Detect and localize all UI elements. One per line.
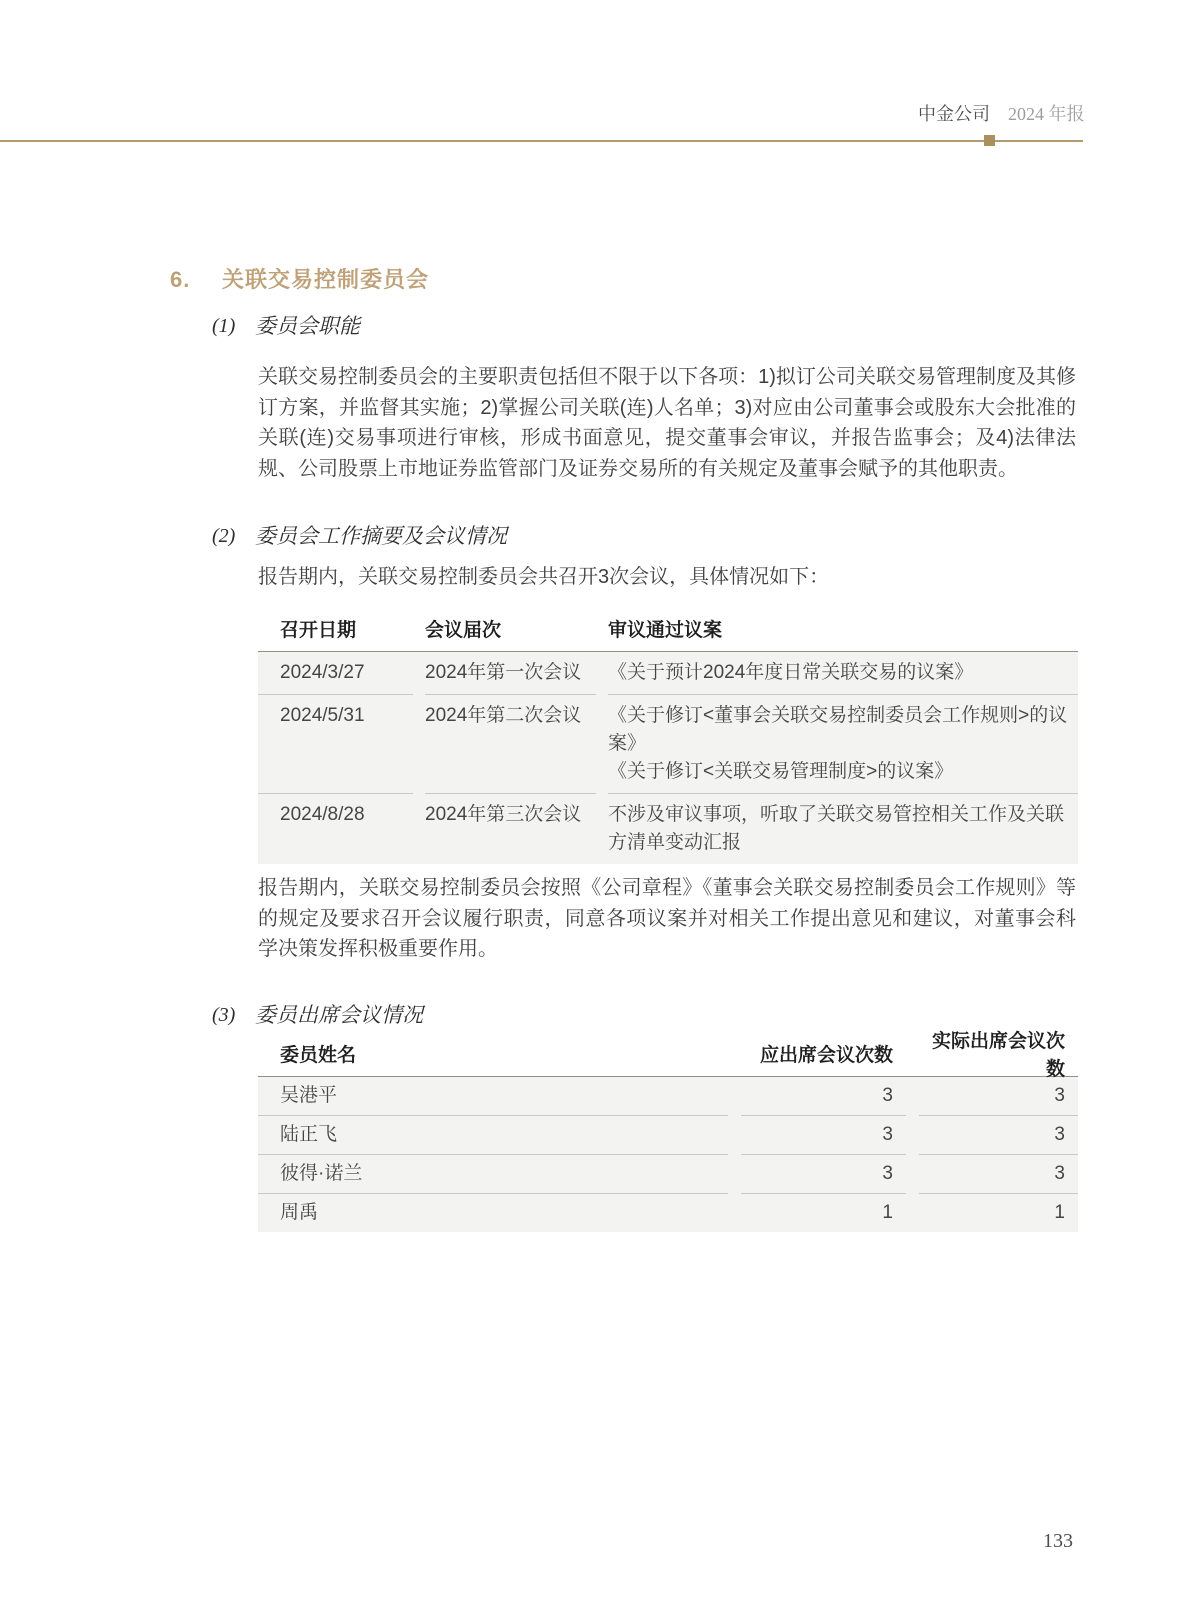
report-title: 2024 年报	[1008, 101, 1085, 127]
table-row: 周禹 1 1	[258, 1194, 1078, 1232]
section-number: 6.	[170, 266, 222, 294]
annual-report-page: 中金公司 2024 年报 6. 关联交易控制委员会 (1) 委员会职能 关联交易…	[0, 0, 1190, 1615]
header-rule	[0, 140, 1083, 142]
meeting-date: 2024/3/27	[258, 652, 413, 695]
section-heading: 6. 关联交易控制委员会	[170, 266, 429, 294]
table-row: 吴港平 3 3	[258, 1077, 1078, 1116]
required-count: 3	[741, 1116, 906, 1155]
resolution-item: 《关于预计2024年度日常关联交易的议案》	[608, 659, 1078, 687]
section-title: 关联交易控制委员会	[222, 266, 429, 294]
subsection-1-title: 委员会职能	[255, 312, 360, 340]
required-count: 3	[741, 1077, 906, 1116]
meetings-table-body: 2024/3/27 2024年第一次会议 《关于预计2024年度日常关联交易的议…	[258, 652, 1078, 864]
meeting-date: 2024/5/31	[258, 695, 413, 794]
attended-count: 1	[919, 1194, 1078, 1232]
header-rule-marker	[984, 135, 995, 146]
resolution-item: 《关于修订<董事会关联交易控制委员会工作规则>的议案》	[608, 702, 1078, 758]
meeting-resolutions: 《关于预计2024年度日常关联交易的议案》	[608, 652, 1078, 695]
attendance-table-header: 委员姓名 应出席会议次数 实际出席会议次数	[258, 1035, 1078, 1077]
column-header-required-attendance: 应出席会议次数	[741, 1042, 906, 1070]
meeting-session: 2024年第一次会议	[425, 652, 596, 695]
required-count: 3	[741, 1155, 906, 1194]
meeting-resolutions: 不涉及审议事项，听取了关联交易管控相关工作及关联方清单变动汇报	[608, 794, 1078, 864]
attended-count: 3	[919, 1077, 1078, 1116]
meeting-resolutions: 《关于修订<董事会关联交易控制委员会工作规则>的议案》 《关于修订<关联交易管理…	[608, 695, 1078, 794]
column-header-session: 会议届次	[425, 617, 596, 645]
table-row: 2024/3/27 2024年第一次会议 《关于预计2024年度日常关联交易的议…	[258, 652, 1078, 695]
meetings-table-header: 召开日期 会议届次 审议通过议案	[258, 610, 1078, 652]
column-header-date: 召开日期	[258, 617, 413, 645]
subsection-3-number: (3)	[212, 1001, 255, 1029]
meeting-session: 2024年第二次会议	[425, 695, 596, 794]
subsection-1-heading: (1) 委员会职能	[212, 312, 360, 340]
attended-count: 3	[919, 1155, 1078, 1194]
subsection-2-number: (2)	[212, 522, 255, 550]
meeting-date: 2024/8/28	[258, 794, 413, 864]
company-name: 中金公司	[918, 101, 990, 127]
meetings-table: 召开日期 会议届次 审议通过议案 2024/3/27 2024年第一次会议 《关…	[258, 610, 1078, 864]
table-row: 2024/8/28 2024年第三次会议 不涉及审议事项，听取了关联交易管控相关…	[258, 794, 1078, 864]
subsection-2-title: 委员会工作摘要及会议情况	[255, 522, 507, 550]
meeting-session: 2024年第三次会议	[425, 794, 596, 864]
column-header-resolutions: 审议通过议案	[608, 617, 1078, 645]
member-name: 陆正飞	[258, 1116, 728, 1155]
column-header-member-name: 委员姓名	[258, 1042, 728, 1070]
page-number: 133	[1033, 1530, 1083, 1553]
member-name: 周禹	[258, 1194, 728, 1232]
attendance-table-body: 吴港平 3 3 陆正飞 3 3 彼得·诺兰 3 3 周禹 1 1	[258, 1077, 1078, 1232]
member-name: 吴港平	[258, 1077, 728, 1116]
subsection-2-heading: (2) 委员会工作摘要及会议情况	[212, 522, 507, 550]
attendance-table: 委员姓名 应出席会议次数 实际出席会议次数 吴港平 3 3 陆正飞 3 3 彼得…	[258, 1035, 1078, 1232]
meetings-intro: 报告期内，关联交易控制委员会共召开3次会议，具体情况如下：	[258, 562, 1076, 593]
closing-paragraph: 报告期内，关联交易控制委员会按照《公司章程》《董事会关联交易控制委员会工作规则》…	[258, 873, 1076, 965]
running-head: 中金公司 2024 年报	[918, 101, 1085, 127]
table-row: 2024/5/31 2024年第二次会议 《关于修订<董事会关联交易控制委员会工…	[258, 695, 1078, 794]
table-row: 彼得·诺兰 3 3	[258, 1155, 1078, 1194]
subsection-3-title: 委员出席会议情况	[255, 1001, 423, 1029]
resolution-item: 《关于修订<关联交易管理制度>的议案》	[608, 758, 1078, 786]
subsection-1-number: (1)	[212, 312, 255, 340]
subsection-3-heading: (3) 委员出席会议情况	[212, 1001, 423, 1029]
attended-count: 3	[919, 1116, 1078, 1155]
committee-duties-paragraph: 关联交易控制委员会的主要职责包括但不限于以下各项：1)拟订公司关联交易管理制度及…	[258, 362, 1076, 484]
column-header-actual-attendance: 实际出席会议次数	[919, 1028, 1078, 1084]
required-count: 1	[741, 1194, 906, 1232]
member-name: 彼得·诺兰	[258, 1155, 728, 1194]
table-row: 陆正飞 3 3	[258, 1116, 1078, 1155]
resolution-item: 不涉及审议事项，听取了关联交易管控相关工作及关联方清单变动汇报	[608, 801, 1078, 857]
